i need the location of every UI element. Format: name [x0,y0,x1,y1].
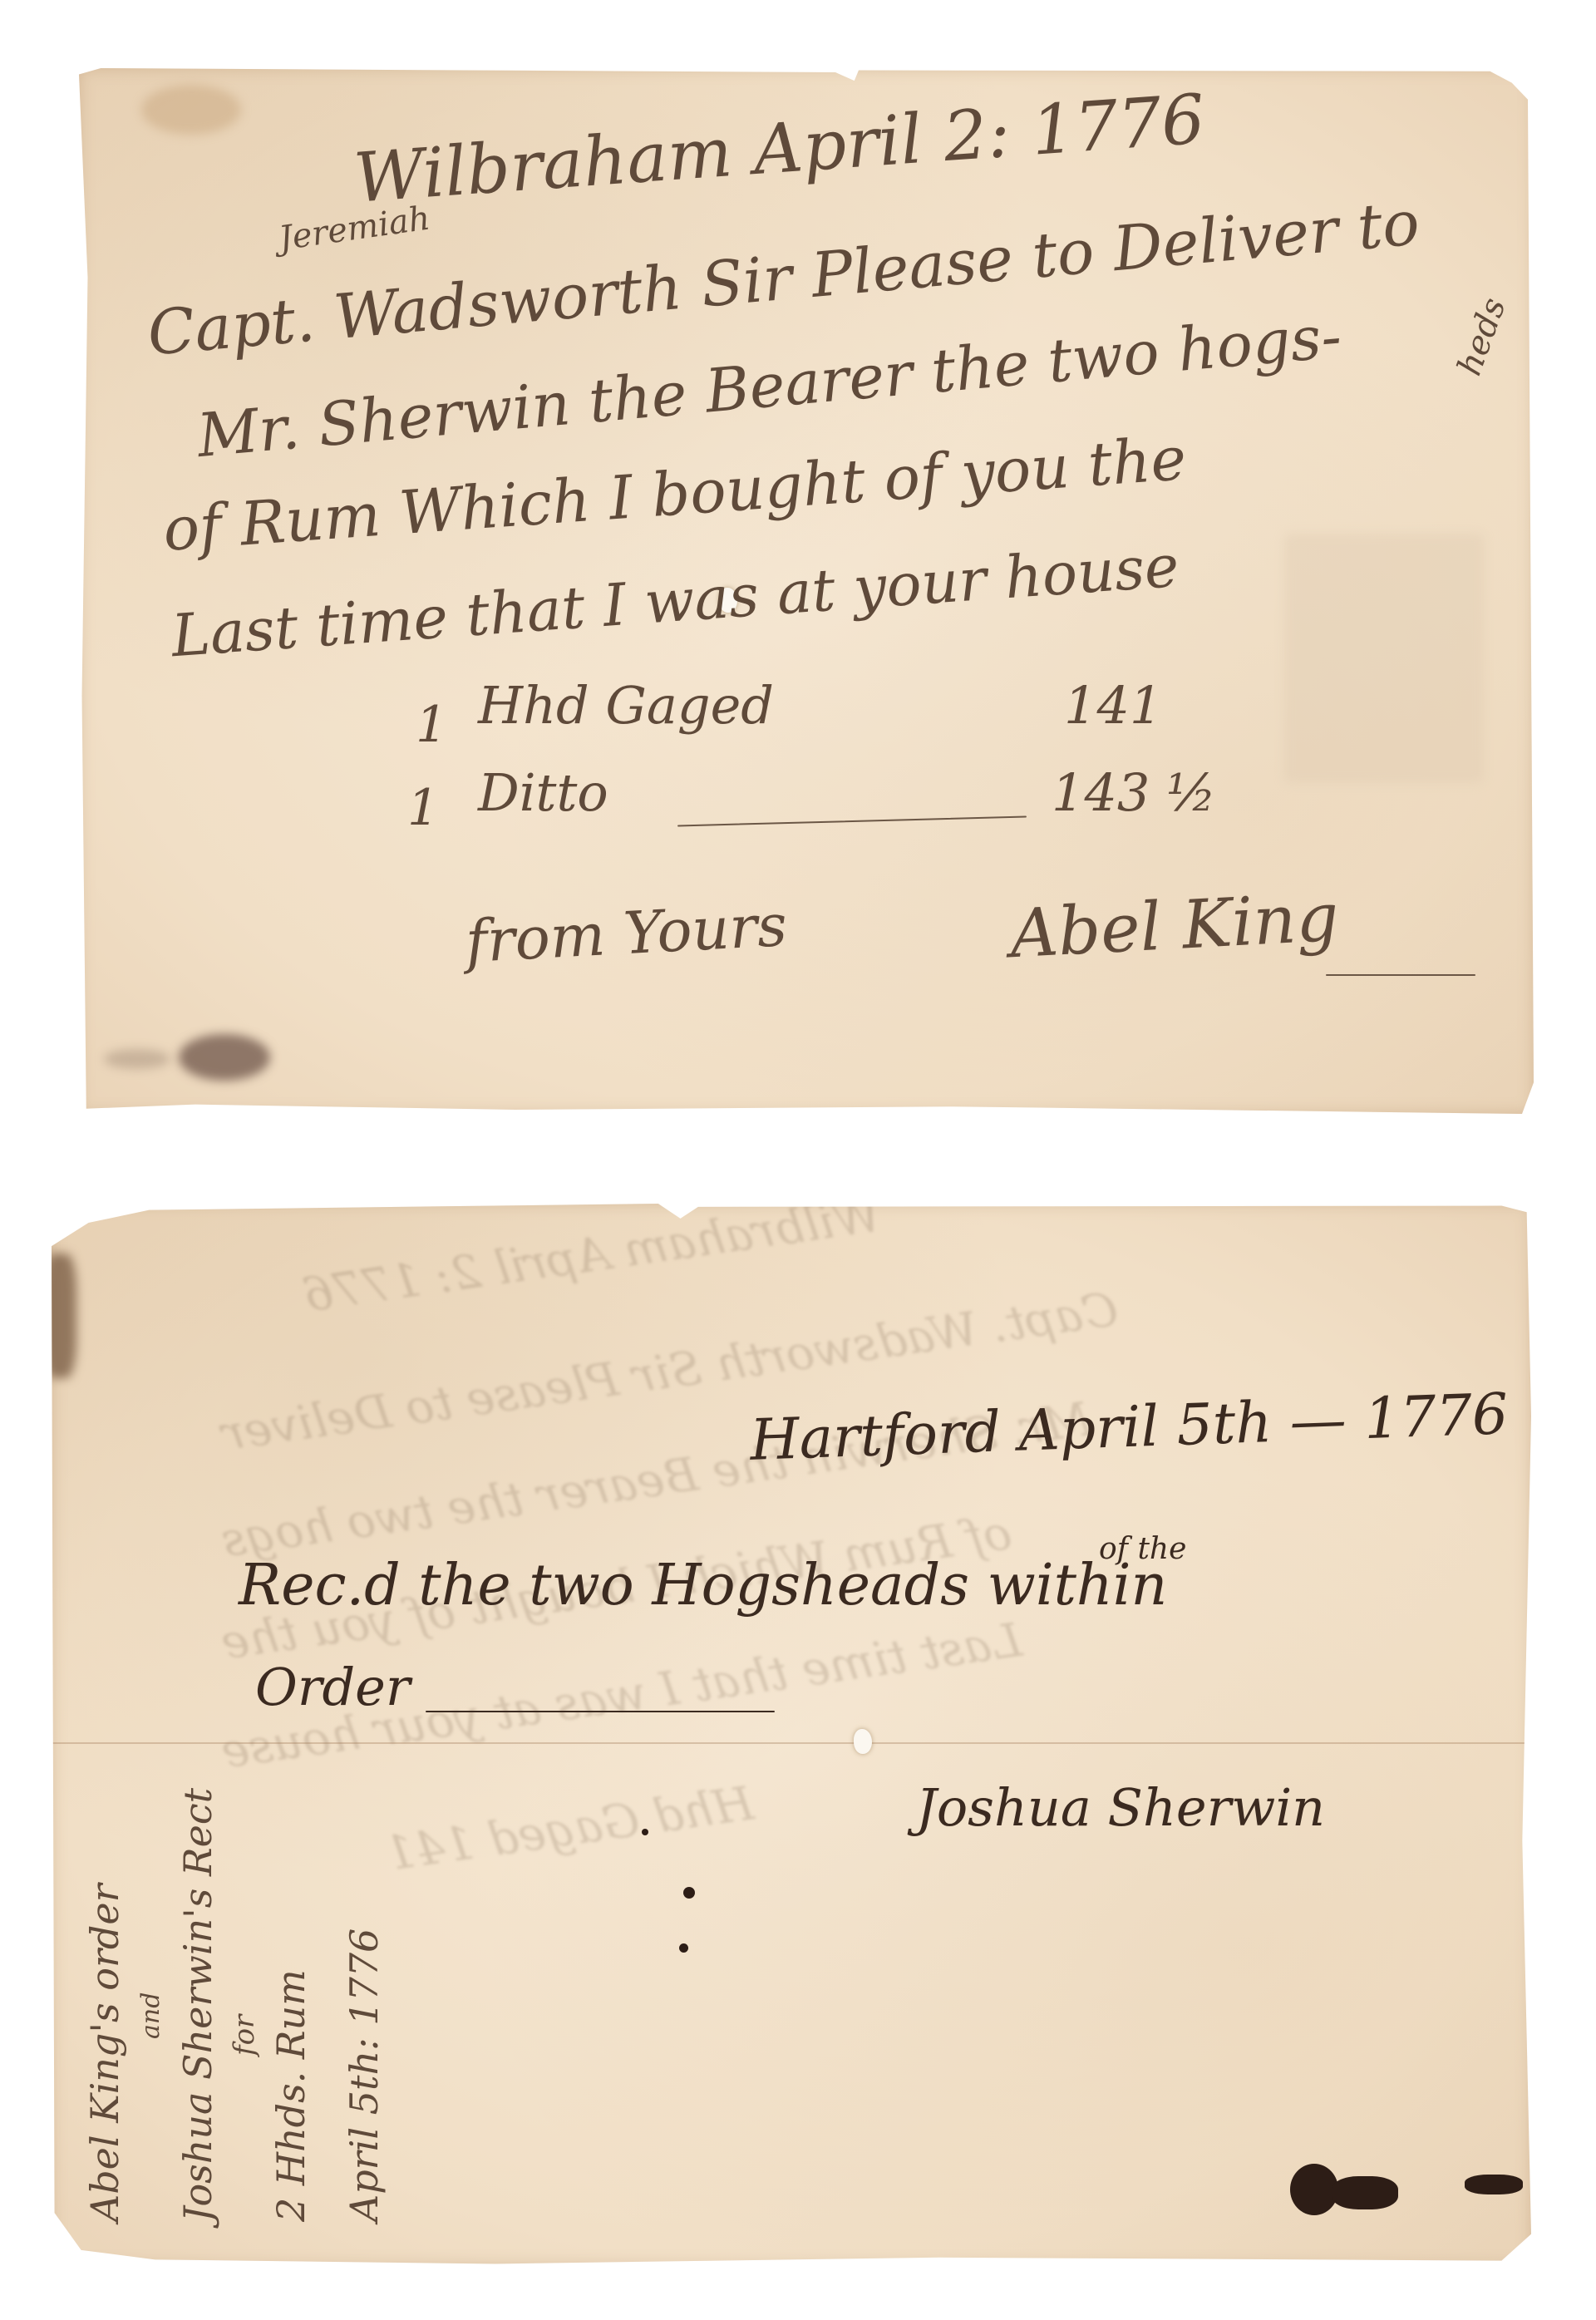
paper-hole [854,1729,872,1754]
docket-line-2: and [141,1788,161,2222]
fold-line [52,1742,1531,1744]
ink-dot [642,1829,648,1835]
front-insert-heds: heds [1451,293,1514,381]
item-2-value: 143 ½ [1052,762,1216,823]
front-signature-abel-king: Abel King [1008,879,1341,973]
paper-stain [1284,534,1484,783]
ink-dot [679,1943,688,1953]
ink-smudge [179,1034,270,1081]
front-dateline: Wilbraham April 2: 1776 [352,80,1208,218]
docket-line-1: Abel King's order [68,1788,141,2222]
order-letter-sheet: Wilbraham April 2: 1776 Jeremiah Capt. W… [79,68,1534,1114]
bleed-through-text: Wilbraham April 2: 1776 [300,1189,884,1323]
back-dateline: Hartford April 5th — 1776 [749,1382,1510,1474]
item-2-qty: 1 [407,779,439,837]
item-1-qty: 1 [416,696,447,754]
ink-blot [1465,2175,1523,2194]
item-1-value: 141 [1064,675,1162,736]
front-insert-jeremiah: Jeremiah [277,199,432,259]
item-2-leader-line [677,816,1027,827]
item-1-desc: Hhd Gaged [478,675,774,736]
ink-dot [683,1887,695,1899]
receipt-line-rule [426,1711,775,1712]
docket-line-6: April 5th: 1776 [328,1788,401,2222]
signature-flourish [1326,974,1475,976]
docket-endorsement: Abel King's order and Joshua Sherwin's R… [68,1788,401,2222]
paper-stain [104,1049,170,1069]
edge-stain [43,1254,76,1378]
docket-line-5: 2 Hhds. Rum [254,1788,328,2222]
back-receipt-line-2: Order [255,1657,410,1717]
back-signature-joshua-sherwin: Joshua Sherwin [916,1777,1325,1838]
ink-blot [1332,2176,1398,2209]
back-receipt-line-1: Rec.d the two Hogsheads within [239,1553,1167,1618]
docket-line-4: for [234,1788,254,2222]
front-closing: from Yours [464,891,789,976]
bleed-through-text: Hhd Gaged 141 [382,1776,757,1881]
receipt-sheet: Wilbraham April 2: 1776 Capt. Wadsworth … [52,1204,1531,2266]
docket-line-3: Joshua Sherwin's Rect [161,1788,234,2222]
paper-stain [141,85,241,135]
item-2-desc: Ditto [478,762,608,823]
